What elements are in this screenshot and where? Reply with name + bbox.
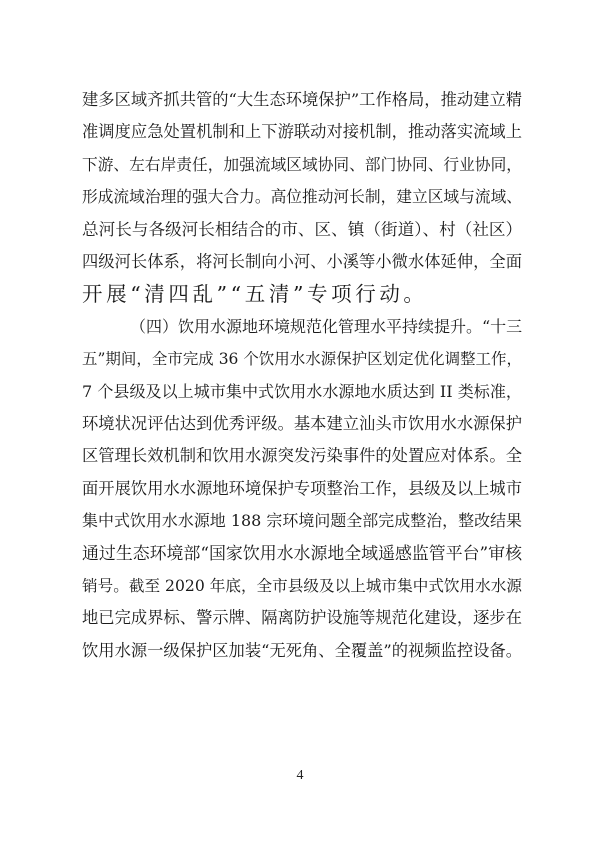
body-text: 建多区域齐抓共管的“大生态环境保护”工作格局，推动建立精 准调度应急处置机制和上…: [82, 84, 522, 667]
section-heading-line: （四）饮用水源地环境规范化管理水平持续提升。“十三: [82, 311, 522, 343]
text-line: 7 个县级及以上城市集中式饮用水水源地水质达到 II 类标准，: [82, 376, 522, 408]
text-line: 五”期间，全市完成 36 个饮用水水源保护区划定优化调整工作，: [82, 343, 522, 375]
text-line: 集中式饮用水水源地 188 宗环境问题全部完成整治，整改结果: [82, 505, 522, 537]
text-line: 环境状况评估达到优秀评级。基本建立汕头市饮用水水源保护: [82, 408, 522, 440]
text-line: 面开展饮用水水源地环境保护专项整治工作，县级及以上城市: [82, 473, 522, 505]
text-line: 地已完成界标、警示牌、隔离防护设施等规范化建设，逐步在: [82, 602, 522, 634]
text-line: 区管理长效机制和饮用水源突发污染事件的处置应对体系。全: [82, 440, 522, 472]
text-line: 饮用水源一级保护区加装“无死角、全覆盖”的视频监控设备。: [82, 635, 522, 667]
text-line: 总河长与各级河长相结合的市、区、镇（街道）、村（社区）: [82, 214, 522, 246]
page-number: 4: [0, 768, 600, 784]
text-line: 建多区域齐抓共管的“大生态环境保护”工作格局，推动建立精: [82, 84, 522, 116]
paragraph-river-basin: 建多区域齐抓共管的“大生态环境保护”工作格局，推动建立精 准调度应急处置机制和上…: [82, 84, 522, 311]
text-line: 准调度应急处置机制和上下游联动对接机制，推动落实流域上: [82, 116, 522, 148]
text-line: 四级河长体系，将河长制向小河、小溪等小微水体延伸，全面: [82, 246, 522, 278]
text-line: 销号。截至 2020 年底，全市县级及以上城市集中式饮用水水源: [82, 570, 522, 602]
paragraph-drinking-water-source: （四）饮用水源地环境规范化管理水平持续提升。“十三 五”期间，全市完成 36 个…: [82, 311, 522, 667]
document-page: 建多区域齐抓共管的“大生态环境保护”工作格局，推动建立精 准调度应急处置机制和上…: [0, 0, 600, 848]
text-line: 开展“清四乱”“五清”专项行动。: [82, 278, 522, 310]
text-line: 通过生态环境部“国家饮用水水源地全域遥感监管平台”审核: [82, 537, 522, 569]
text-line: 形成流域治理的强大合力。高位推动河长制，建立区域与流域、: [82, 181, 522, 213]
text-line: 下游、左右岸责任，加强流域区域协同、部门协同、行业协同，: [82, 149, 522, 181]
